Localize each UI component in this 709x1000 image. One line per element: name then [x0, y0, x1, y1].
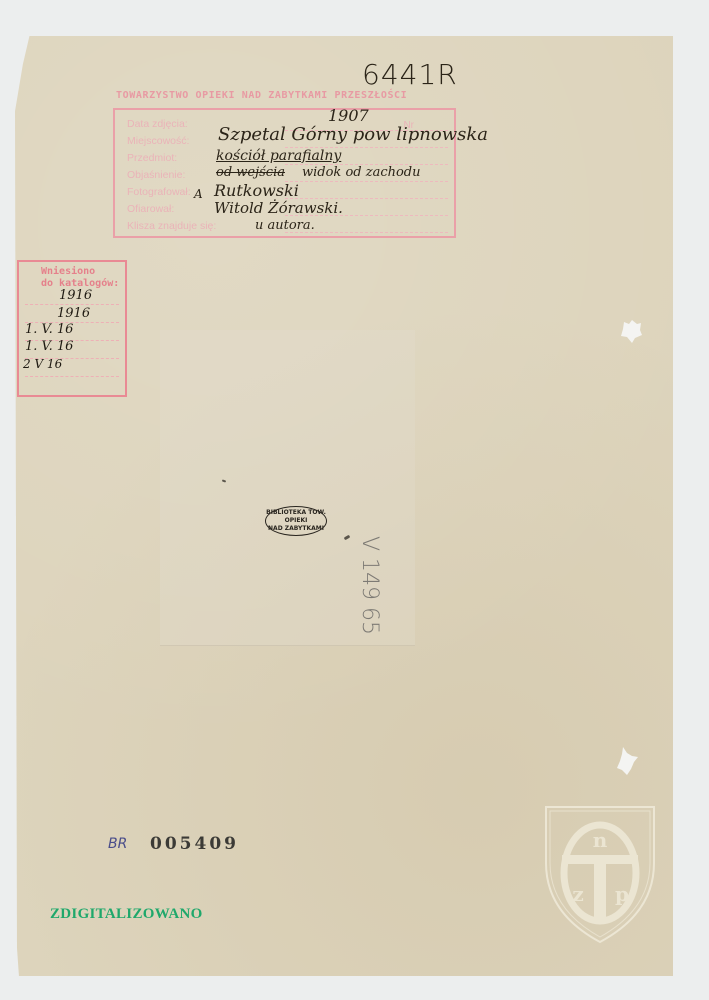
library-stamp-line1: BIBLIOTEKA TOW.	[266, 509, 326, 517]
form-label-date: Data zdjęcia:	[127, 118, 188, 130]
catalog-entry: 1. V. 16	[25, 339, 73, 354]
form-label-photographer: Fotografował:	[127, 186, 191, 198]
handwritten-photographer: Rutkowski	[214, 181, 299, 200]
society-header-stamp: TOWARZYSTWO OPIEKI NAD ZABYTKAMI PRZESZŁ…	[116, 90, 407, 101]
card-rule	[25, 376, 119, 377]
pencil-note: V 149 65	[357, 536, 382, 635]
inventory-number: 6441R	[362, 58, 458, 91]
handwritten-negative-location: u autora.	[255, 218, 315, 233]
card-rule	[25, 304, 119, 305]
handwritten-place: Szpetal Górny pow lipnowska	[218, 124, 488, 145]
catalog-card-stamp: Wniesiono do katalogów: 1916 1916 1. V. …	[17, 260, 127, 397]
handwritten-year: 1907	[328, 106, 369, 125]
library-stamp: BIBLIOTEKA TOW. OPIEKI NAD ZABYTKAMI	[265, 506, 327, 536]
catalog-entry: 2 V 16	[23, 357, 62, 371]
library-stamp-line3: NAD ZABYTKAMI	[266, 525, 326, 533]
br-code: BR	[108, 836, 127, 852]
handwritten-explanation: widok od zachodu	[302, 165, 421, 180]
digitized-stamp: ZDIGITALIZOWANO	[50, 906, 203, 923]
catalog-entry: 1916	[57, 306, 90, 321]
stamp-number: 005409	[150, 834, 239, 854]
form-label-negative: Klisza znajduje się:	[127, 220, 216, 232]
handwritten-subject: kościół parafialny	[216, 148, 341, 164]
form-rule	[285, 181, 448, 182]
form-label-explanation: Objaśnienie:	[127, 169, 185, 181]
catalog-title-line1: Wniesiono	[41, 266, 119, 278]
handwritten-donor: Witold Żórawski.	[214, 199, 343, 217]
form-label-subject: Przedmiot:	[127, 152, 177, 164]
watermark-shield-logo-icon: n z p	[540, 803, 660, 946]
catalog-entry: 1. V. 16	[25, 322, 73, 337]
form-label-place: Miejscowość:	[127, 135, 189, 147]
catalog-entry: 1916	[59, 288, 92, 303]
svg-text:p: p	[615, 882, 629, 906]
library-stamp-line2: OPIEKI	[266, 517, 326, 525]
handwritten-explanation-struck: od wejścia	[216, 165, 285, 180]
form-label-donor: Ofiarował:	[127, 203, 174, 215]
punch-hole	[618, 318, 644, 344]
svg-text:z: z	[572, 882, 583, 906]
catalog-card-title: Wniesiono do katalogów:	[41, 266, 119, 290]
svg-text:n: n	[593, 828, 608, 852]
handwritten-photographer-prefix: A	[194, 187, 203, 201]
punch-hole	[614, 744, 642, 778]
